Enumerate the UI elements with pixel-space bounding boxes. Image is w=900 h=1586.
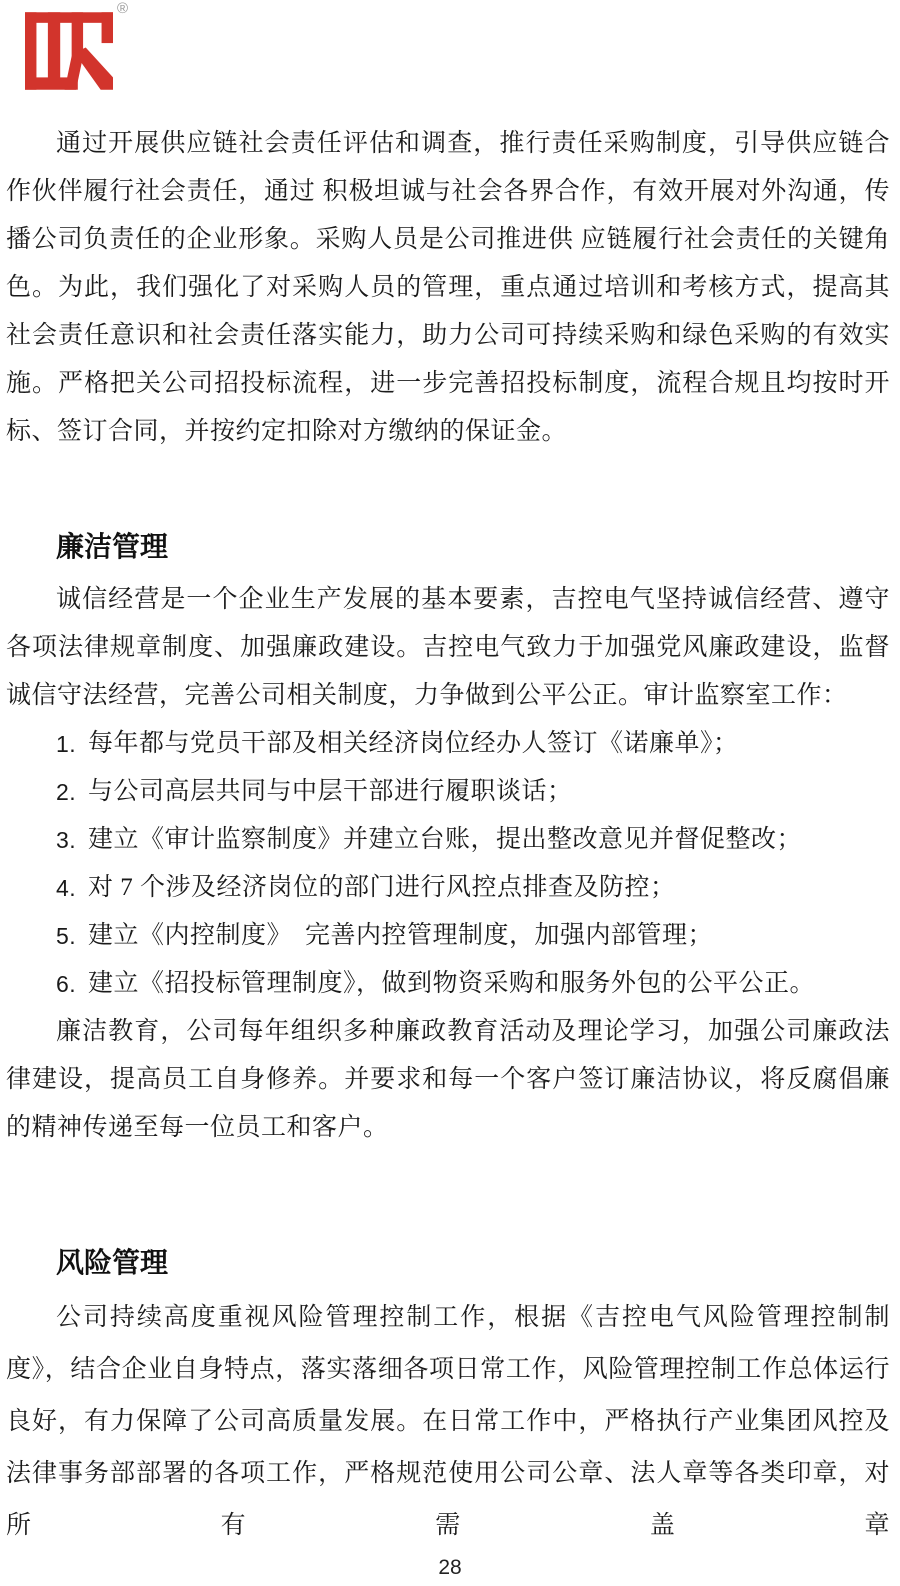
list-item-text: 建立《内控制度》 完善内控管理制度，加强内部管理；: [88, 912, 890, 960]
list-item: 3. 建立《审计监察制度》并建立台账，提出整改意见并督促整改；: [6, 816, 890, 864]
list-item: 2. 与公司高层共同与中层干部进行履职谈话；: [6, 768, 890, 816]
heading-integrity-management: 廉洁管理: [56, 526, 890, 570]
page-content: 通过开展供应链社会责任评估和调查，推行责任采购制度，引导供应链合作伙伴履行社会责…: [0, 120, 900, 1552]
page-number: 28: [0, 1556, 900, 1580]
list-item-number: 5.: [56, 912, 88, 960]
list-item-number: 3.: [56, 816, 88, 864]
list-item-text: 每年都与党员干部及相关经济岗位经办人签订《诺廉单》；: [88, 720, 890, 768]
list-item: 6. 建立《招投标管理制度》，做到物资采购和服务外包的公平公正。: [6, 960, 890, 1008]
registered-trademark-icon: ®: [117, 0, 128, 17]
paragraph-risk-management: 公司持续高度重视风险管理控制工作，根据《吉控电气风险管理控制制度》，结合企业自身…: [6, 1292, 890, 1552]
audit-office-task-list: 1. 每年都与党员干部及相关经济岗位经办人签订《诺廉单》； 2. 与公司高层共同…: [6, 720, 890, 1008]
list-item-text: 建立《审计监察制度》并建立台账，提出整改意见并督促整改；: [88, 816, 890, 864]
list-item-number: 4.: [56, 864, 88, 912]
heading-risk-management: 风险管理: [56, 1242, 890, 1286]
list-item-text: 对 7 个涉及经济岗位的部门进行风控点排查及防控；: [88, 864, 890, 912]
document-page: ® 通过开展供应链社会责任评估和调查，推行责任采购制度，引导供应链合作伙伴履行社…: [0, 0, 900, 1586]
paragraph-integrity-education: 廉洁教育，公司每年组织多种廉政教育活动及理论学习，加强公司廉政法律建设，提高员工…: [6, 1008, 890, 1152]
list-item: 4. 对 7 个涉及经济岗位的部门进行风控点排查及防控；: [6, 864, 890, 912]
list-item-text: 建立《招投标管理制度》，做到物资采购和服务外包的公平公正。: [88, 960, 890, 1008]
list-item-number: 2.: [56, 768, 88, 816]
jk-logo-icon: [25, 12, 113, 90]
paragraph-integrity-intro: 诚信经营是一个企业生产发展的基本要素，吉控电气坚持诚信经营、遵守各项法律规章制度…: [6, 576, 890, 720]
list-item: 1. 每年都与党员干部及相关经济岗位经办人签订《诺廉单》；: [6, 720, 890, 768]
list-item-text: 与公司高层共同与中层干部进行履职谈话；: [88, 768, 890, 816]
list-item-number: 6.: [56, 960, 88, 1008]
paragraph-supply-chain-responsibility: 通过开展供应链社会责任评估和调查，推行责任采购制度，引导供应链合作伙伴履行社会责…: [6, 120, 890, 456]
logo-area: ®: [0, 0, 900, 96]
list-item-number: 1.: [56, 720, 88, 768]
list-item: 5. 建立《内控制度》 完善内控管理制度，加强内部管理；: [6, 912, 890, 960]
